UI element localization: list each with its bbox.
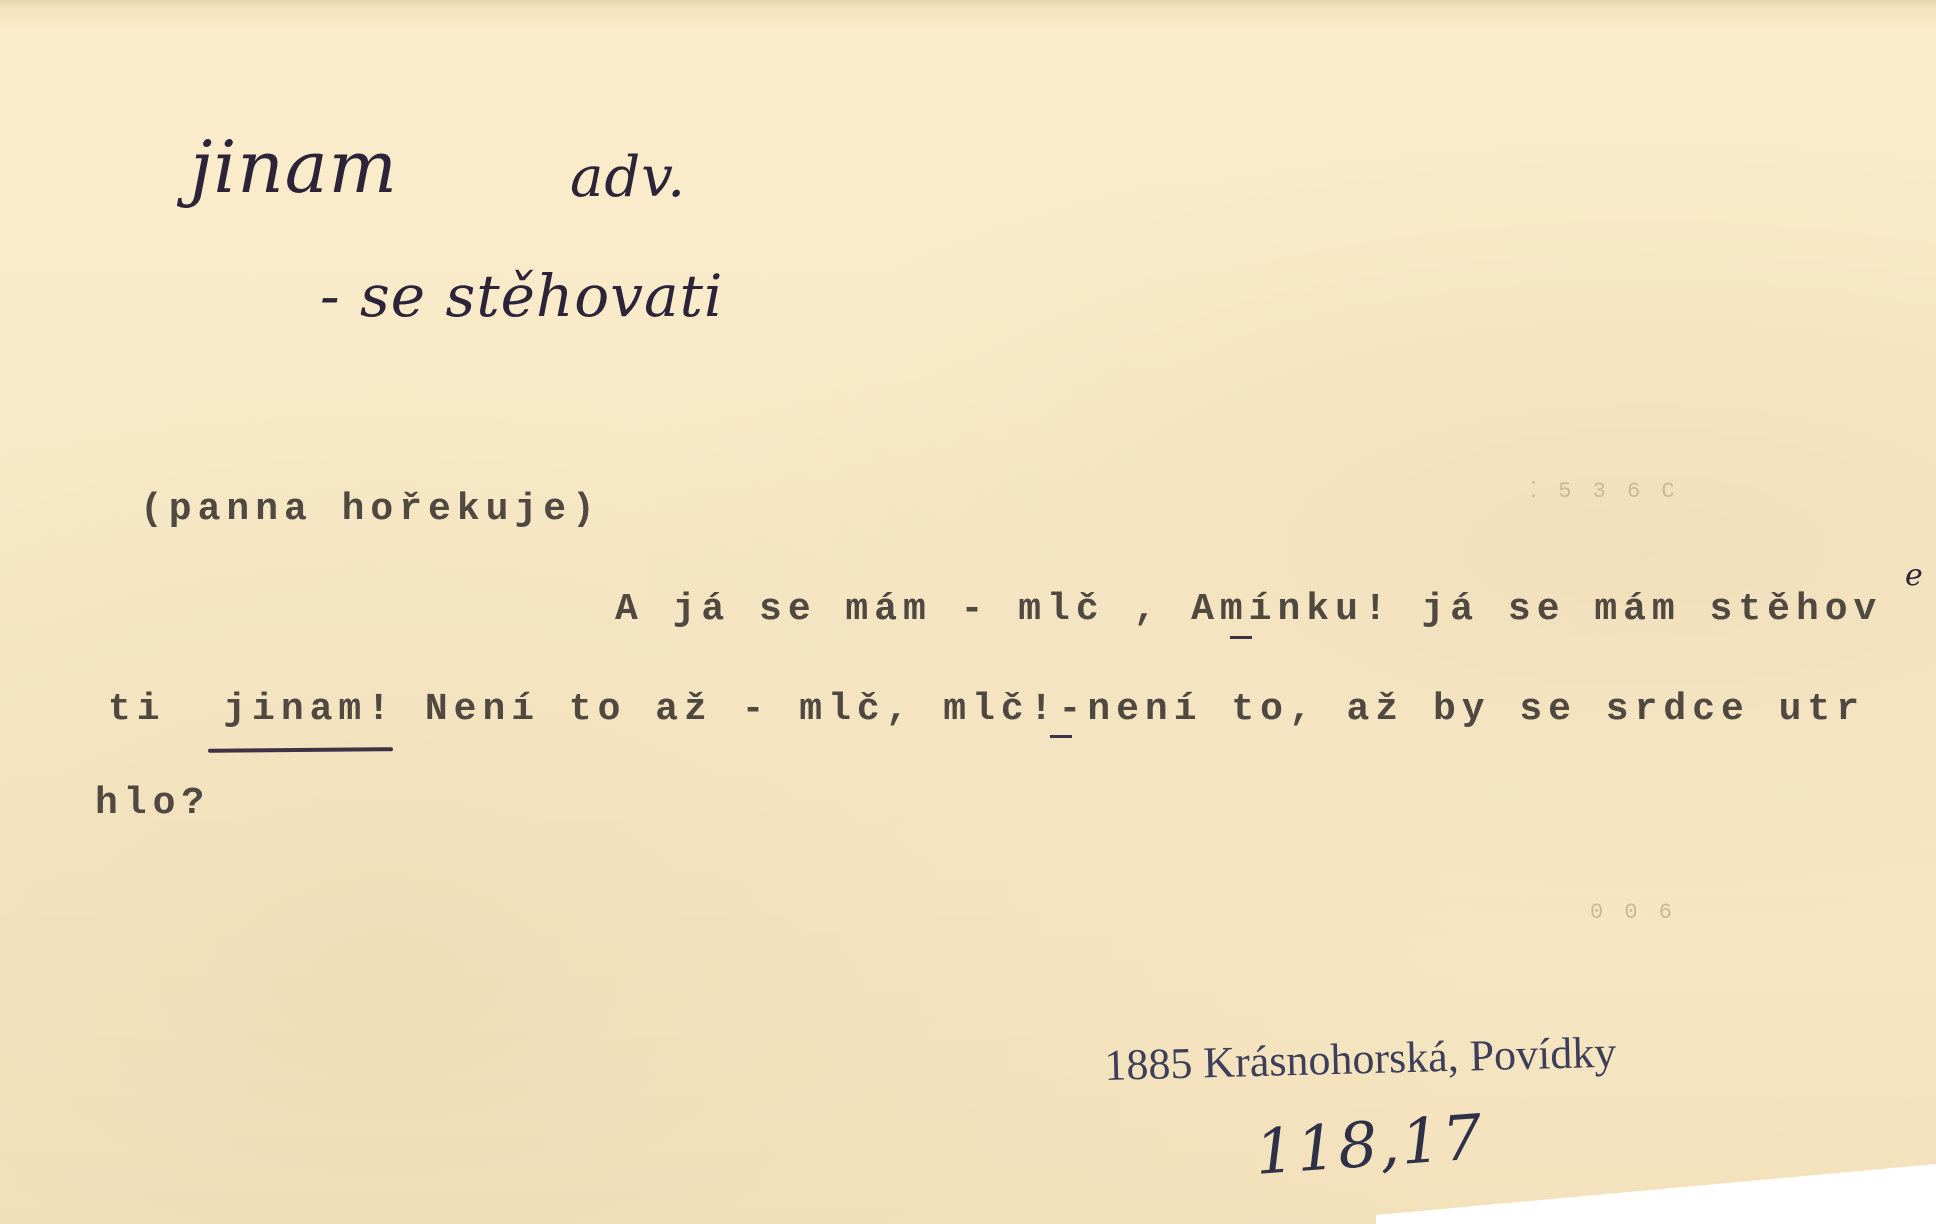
variant-form-handwritten: - se stěhovati — [320, 262, 723, 330]
quote-line-2: ti jinam! Není to až - mlč, mlč!-není to… — [108, 688, 1865, 731]
handwritten-correction-mark: e — [1905, 558, 1923, 593]
slip-top-edge — [0, 0, 1936, 10]
correction-underline-n — [1050, 735, 1072, 738]
faint-offset-mark: ⁚ 5 3 6 C — [1530, 478, 1679, 504]
headword-handwritten: jinam — [190, 125, 398, 209]
stage-direction: (panna hořekuje) — [140, 488, 601, 531]
quote-line-3: hlo? — [95, 782, 210, 825]
faint-offset-mark: 0 0 6 — [1590, 900, 1676, 925]
quote-line-1: A já se mám - mlč , Amínku! já se mám st… — [615, 588, 1882, 631]
part-of-speech-handwritten: adv. — [570, 145, 686, 210]
headword-underline — [208, 747, 393, 753]
page-reference-handwritten: 118,17 — [1253, 1100, 1486, 1189]
dictionary-slip: jinam adv. - se stěhovati (panna hořekuj… — [0, 0, 1936, 1224]
source-citation-stamp: 1885 Krásnohorská, Povídky — [1104, 1027, 1617, 1091]
correction-underline-ja — [1230, 636, 1252, 639]
